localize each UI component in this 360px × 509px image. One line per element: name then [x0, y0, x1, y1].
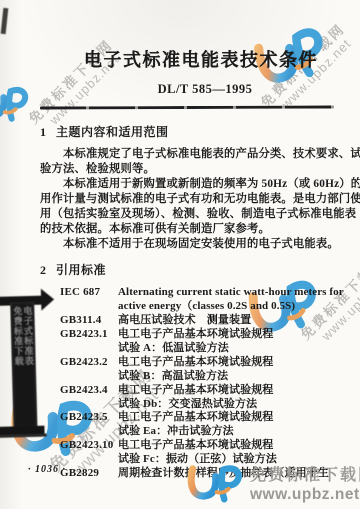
reference-label: [60, 398, 118, 412]
references-list: IEC 687 Alternating current static watt-…: [60, 286, 334, 481]
reference-text: 电工电子产品基本环境试验规程: [118, 328, 334, 342]
reference-label: [60, 300, 118, 314]
reference-text: 电工电子产品基本环境试验规程: [118, 439, 334, 453]
reference-text: 电工电子产品基本环境试验规程: [118, 356, 334, 370]
binding-artifact: 免费标准下载 电子式标准表: [0, 287, 65, 457]
upbz-logo-icon: [184, 462, 246, 506]
section-number: 2: [40, 263, 56, 278]
body-line: 用（包括实验室及现场）、检测、验收、制造电子式标准电能表: [40, 207, 334, 222]
reference-label: GB2423.1: [60, 328, 118, 342]
arrow-right-icon: [41, 288, 55, 310]
body-line: 用作计量与测试标准的电子式有功和无功电能表。是电力部门使: [40, 192, 334, 207]
brand-text: 免费标准下载网 www.upbz.net: [250, 462, 360, 504]
reference-label: GB2423.2: [60, 356, 118, 370]
reference-label: GB2829: [60, 467, 118, 481]
reference-label: GB2423.4: [60, 384, 118, 398]
section-heading-1: 1主题内容和适用范围: [40, 123, 334, 140]
reference-row: GB2423.5 电工电子产品基本环境试验规程: [60, 411, 334, 425]
reference-label: GB2423.5: [60, 411, 118, 425]
artifact-glyphs: 电子式标准表: [22, 306, 34, 366]
reference-row: IEC 687 Alternating current static watt-…: [60, 286, 334, 300]
reference-label: [60, 370, 118, 384]
page-number: · 1036 ·: [28, 464, 66, 475]
reference-text: 试验 B：高温试验方法: [118, 370, 334, 384]
reference-row: active energy（classes 0.2S and 0.5S): [60, 300, 334, 314]
section-title: 主题内容和适用范围: [56, 125, 169, 139]
body-line: 本标准规定了电子式标准电能表的产品分类、技术要求、试: [40, 147, 334, 162]
reference-text: 试验 Db：交变湿热试验方法: [118, 398, 334, 412]
reference-label: [60, 425, 118, 439]
standard-number: DL/T 585—1995: [58, 82, 352, 97]
section-heading-2: 2引用标准: [40, 261, 334, 278]
reference-label: [60, 453, 118, 467]
section-1-body: 本标准规定了电子式标准电能表的产品分类、技术要求、试 验方法、检验规则等。 本标…: [40, 147, 334, 253]
body-line: 本标准不适用于在现场固定安装使用的电子式电能表。: [40, 237, 334, 252]
brand-site-name: 免费标准下载网: [250, 462, 360, 485]
reference-text: 试验 Ea：冲击试验方法: [118, 425, 334, 439]
reference-label: GB2423.10: [60, 439, 118, 453]
section-title: 引用标准: [56, 263, 106, 277]
reference-text: 试验 A：低温试验方法: [118, 342, 334, 356]
reference-row: GB2423.4 电工电子产品基本环境试验规程: [60, 384, 334, 398]
reference-row: 试验 A：低温试验方法: [60, 342, 334, 356]
reference-row: GB311.4 高电压试验技术 测量装置: [60, 314, 334, 328]
reference-text: 电工电子产品基本环境试验规程: [118, 384, 334, 398]
body-line: 验方法、检验规则等。: [40, 162, 334, 177]
reference-text: 电工电子产品基本环境试验规程: [118, 411, 334, 425]
reference-label: IEC 687: [60, 286, 118, 300]
body-line: 本标准适用于新购置或新制造的频率为 50Hz（或 60Hz）的: [40, 177, 334, 192]
reference-row: GB2423.1 电工电子产品基本环境试验规程: [60, 328, 334, 342]
scanned-document-page: 免费标准下载网 www.upbz.net 免费标准下载网 www.upbz.ne…: [0, 0, 360, 509]
reference-row: 试验 Db：交变湿热试验方法: [60, 398, 334, 412]
reference-label: [60, 342, 118, 356]
reference-row: 试验 B：高温试验方法: [60, 370, 334, 384]
reference-row: GB2423.2 电工电子产品基本环境试验规程: [60, 356, 334, 370]
reference-text: Alternating current static watt-hour met…: [118, 286, 344, 300]
upbz-brand: 免费标准下载网 www.upbz.net: [184, 462, 360, 506]
body-line: 的技术依据。本标准可供有关制造厂家参考。: [40, 222, 334, 237]
reference-text: 高电压试验技术 测量装置: [118, 314, 334, 328]
reference-label: GB311.4: [60, 314, 118, 328]
brand-site-url: www.upbz.net: [250, 486, 360, 504]
reference-text: active energy（classes 0.2S and 0.5S): [118, 300, 334, 314]
reference-row: GB2423.10 电工电子产品基本环境试验规程: [60, 439, 334, 453]
document-title: 电子式标准电能表技术条件: [54, 46, 348, 72]
section-number: 1: [40, 125, 56, 140]
reference-row: 试验 Ea：冲击试验方法: [60, 425, 334, 439]
artifact-bottom-foot: [0, 434, 47, 438]
divider-rule: [40, 105, 334, 109]
